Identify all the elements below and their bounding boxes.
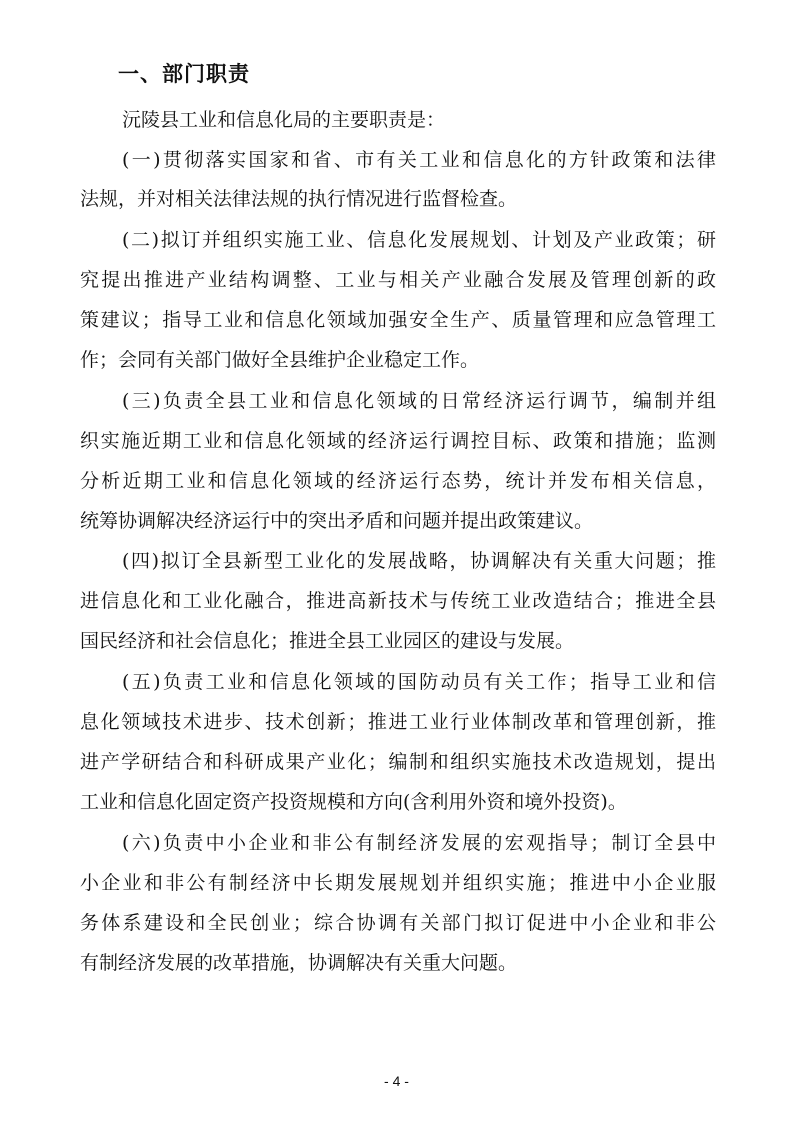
paragraph-4-line-1: (四)拟订全县新型工业化的发展战略，协调解决有关重大问题；推 — [122, 549, 716, 573]
paragraph-3-line-2: 织实施近期工业和信息化领域的经济运行调控目标、政策和措施；监测 — [80, 429, 716, 453]
page-number: - 4 - — [0, 1073, 793, 1089]
paragraph-1-line-1: (一)贯彻落实国家和省、市有关工业和信息化的方针政策和法律 — [122, 148, 716, 172]
paragraph-5-line-1: (五)负责工业和信息化领域的国防动员有关工作；指导工业和信 — [122, 670, 716, 694]
paragraph-6-line-4: 有制经济发展的改革措施，协调解决有关重大问题。 — [80, 951, 716, 975]
paragraph-3-line-4: 统筹协调解决经济运行中的突出矛盾和问题并提出政策建议。 — [80, 509, 716, 533]
paragraph-6-line-1: (六)负责中小企业和非公有制经济发展的宏观指导；制订全县中 — [122, 831, 716, 855]
paragraph-2-line-2: 究提出推进产业结构调整、工业与相关产业融合发展及管理创新的政 — [80, 268, 716, 292]
paragraph-6-line-2: 小企业和非公有制经济中长期发展规划并组织实施；推进中小企业服 — [80, 871, 716, 895]
paragraph-1-line-2: 法规，并对相关法律法规的执行情况进行监督检查。 — [80, 187, 716, 211]
paragraph-4-line-2: 进信息化和工业化融合，推进高新技术与传统工业改造结合；推进全县 — [80, 589, 716, 613]
paragraph-5-line-4: 工业和信息化固定资产投资规模和方向(含利用外资和境外投资)。 — [80, 790, 716, 814]
section-heading: 一、部门职责 — [118, 58, 250, 88]
intro-text: 沅陵县工业和信息化局的主要职责是： — [122, 108, 716, 132]
paragraph-3-line-3: 分析近期工业和信息化领域的经济运行态势，统计并发布相关信息， — [80, 469, 716, 493]
paragraph-6-line-3: 务体系建设和全民创业；综合协调有关部门拟订促进中小企业和非公 — [80, 911, 716, 935]
paragraph-2-line-4: 作；会同有关部门做好全县维护企业稳定工作。 — [80, 348, 716, 372]
paragraph-5-line-2: 息化领域技术进步、技术创新；推进工业行业体制改革和管理创新，推 — [80, 710, 716, 734]
paragraph-5-line-3: 进产学研结合和科研成果产业化；编制和组织实施技术改造规划，提出 — [80, 750, 716, 774]
paragraph-2-line-3: 策建议；指导工业和信息化领域加强安全生产、质量管理和应急管理工 — [80, 308, 716, 332]
paragraph-4-line-3: 国民经济和社会信息化；推进全县工业园区的建设与发展。 — [80, 629, 716, 653]
paragraph-2-line-1: (二)拟订并组织实施工业、信息化发展规划、计划及产业政策；研 — [122, 228, 716, 252]
document-page: 一、部门职责 沅陵县工业和信息化局的主要职责是： (一)贯彻落实国家和省、市有关… — [0, 0, 793, 1122]
paragraph-3-line-1: (三)负责全县工业和信息化领域的日常经济运行调节，编制并组 — [122, 389, 716, 413]
